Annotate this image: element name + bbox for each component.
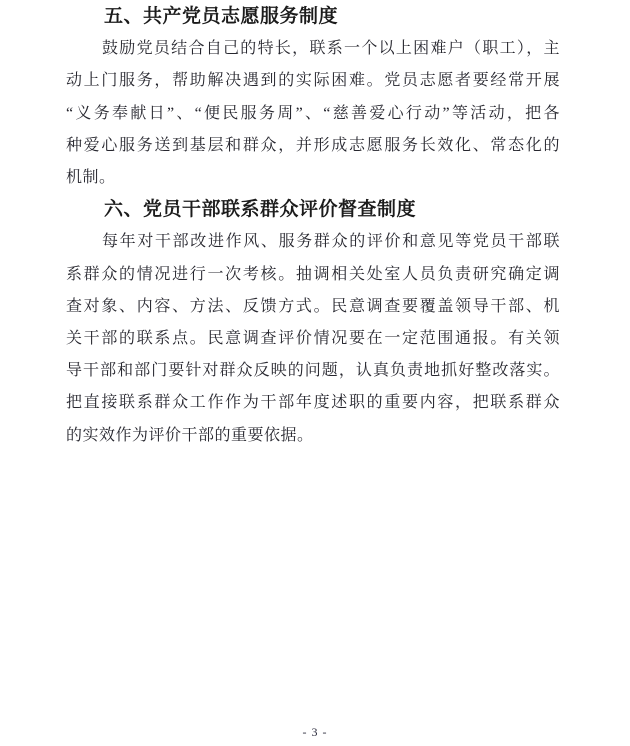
text-line: 关干部的联系点。民意调查评价情况要在一定范围通报。有关领 bbox=[66, 323, 560, 355]
text-line: 动上门服务，帮助解决遇到的实际困难。党员志愿者要经常开展 bbox=[66, 65, 560, 97]
text-line: 鼓励党员结合自己的特长，联系一个以上困难户（职工），主 bbox=[66, 33, 560, 65]
text-line: 种爱心服务送到基层和群众，并形成志愿服务长效化、常态化的 bbox=[66, 130, 560, 162]
text-line: “义务奉献日”、“便民服务周”、“慈善爱心行动”等活动，把各 bbox=[66, 98, 560, 130]
text-line: 导干部和部门要针对群众反映的问题，认真负责地抓好整改落实。 bbox=[66, 355, 560, 387]
text-line: 把直接联系群众工作作为干部年度述职的重要内容，把联系群众 bbox=[66, 387, 560, 419]
text-block: 五、共产党员志愿服务制度 鼓励党员结合自己的特长，联系一个以上困难户（职工），主… bbox=[66, 1, 560, 452]
text-line: 系群众的情况进行一次考核。抽调相关处室人员负责研究确定调 bbox=[66, 259, 560, 291]
text-line: 查对象、内容、方法、反馈方式。民意调查要覆盖领导干部、机 bbox=[66, 291, 560, 323]
text-line: 每年对干部改进作风、服务群众的评价和意见等党员干部联 bbox=[66, 226, 560, 258]
section-heading: 六、党员干部联系群众评价督查制度 bbox=[66, 194, 560, 226]
text-line: 机制。 bbox=[66, 162, 560, 194]
text-line: 的实效作为评价干部的重要依据。 bbox=[66, 420, 560, 452]
document-page: 五、共产党员志愿服务制度 鼓励党员结合自己的特长，联系一个以上困难户（职工），主… bbox=[0, 0, 630, 746]
page-number: - 3 - bbox=[0, 722, 630, 742]
section-heading: 五、共产党员志愿服务制度 bbox=[66, 1, 560, 33]
